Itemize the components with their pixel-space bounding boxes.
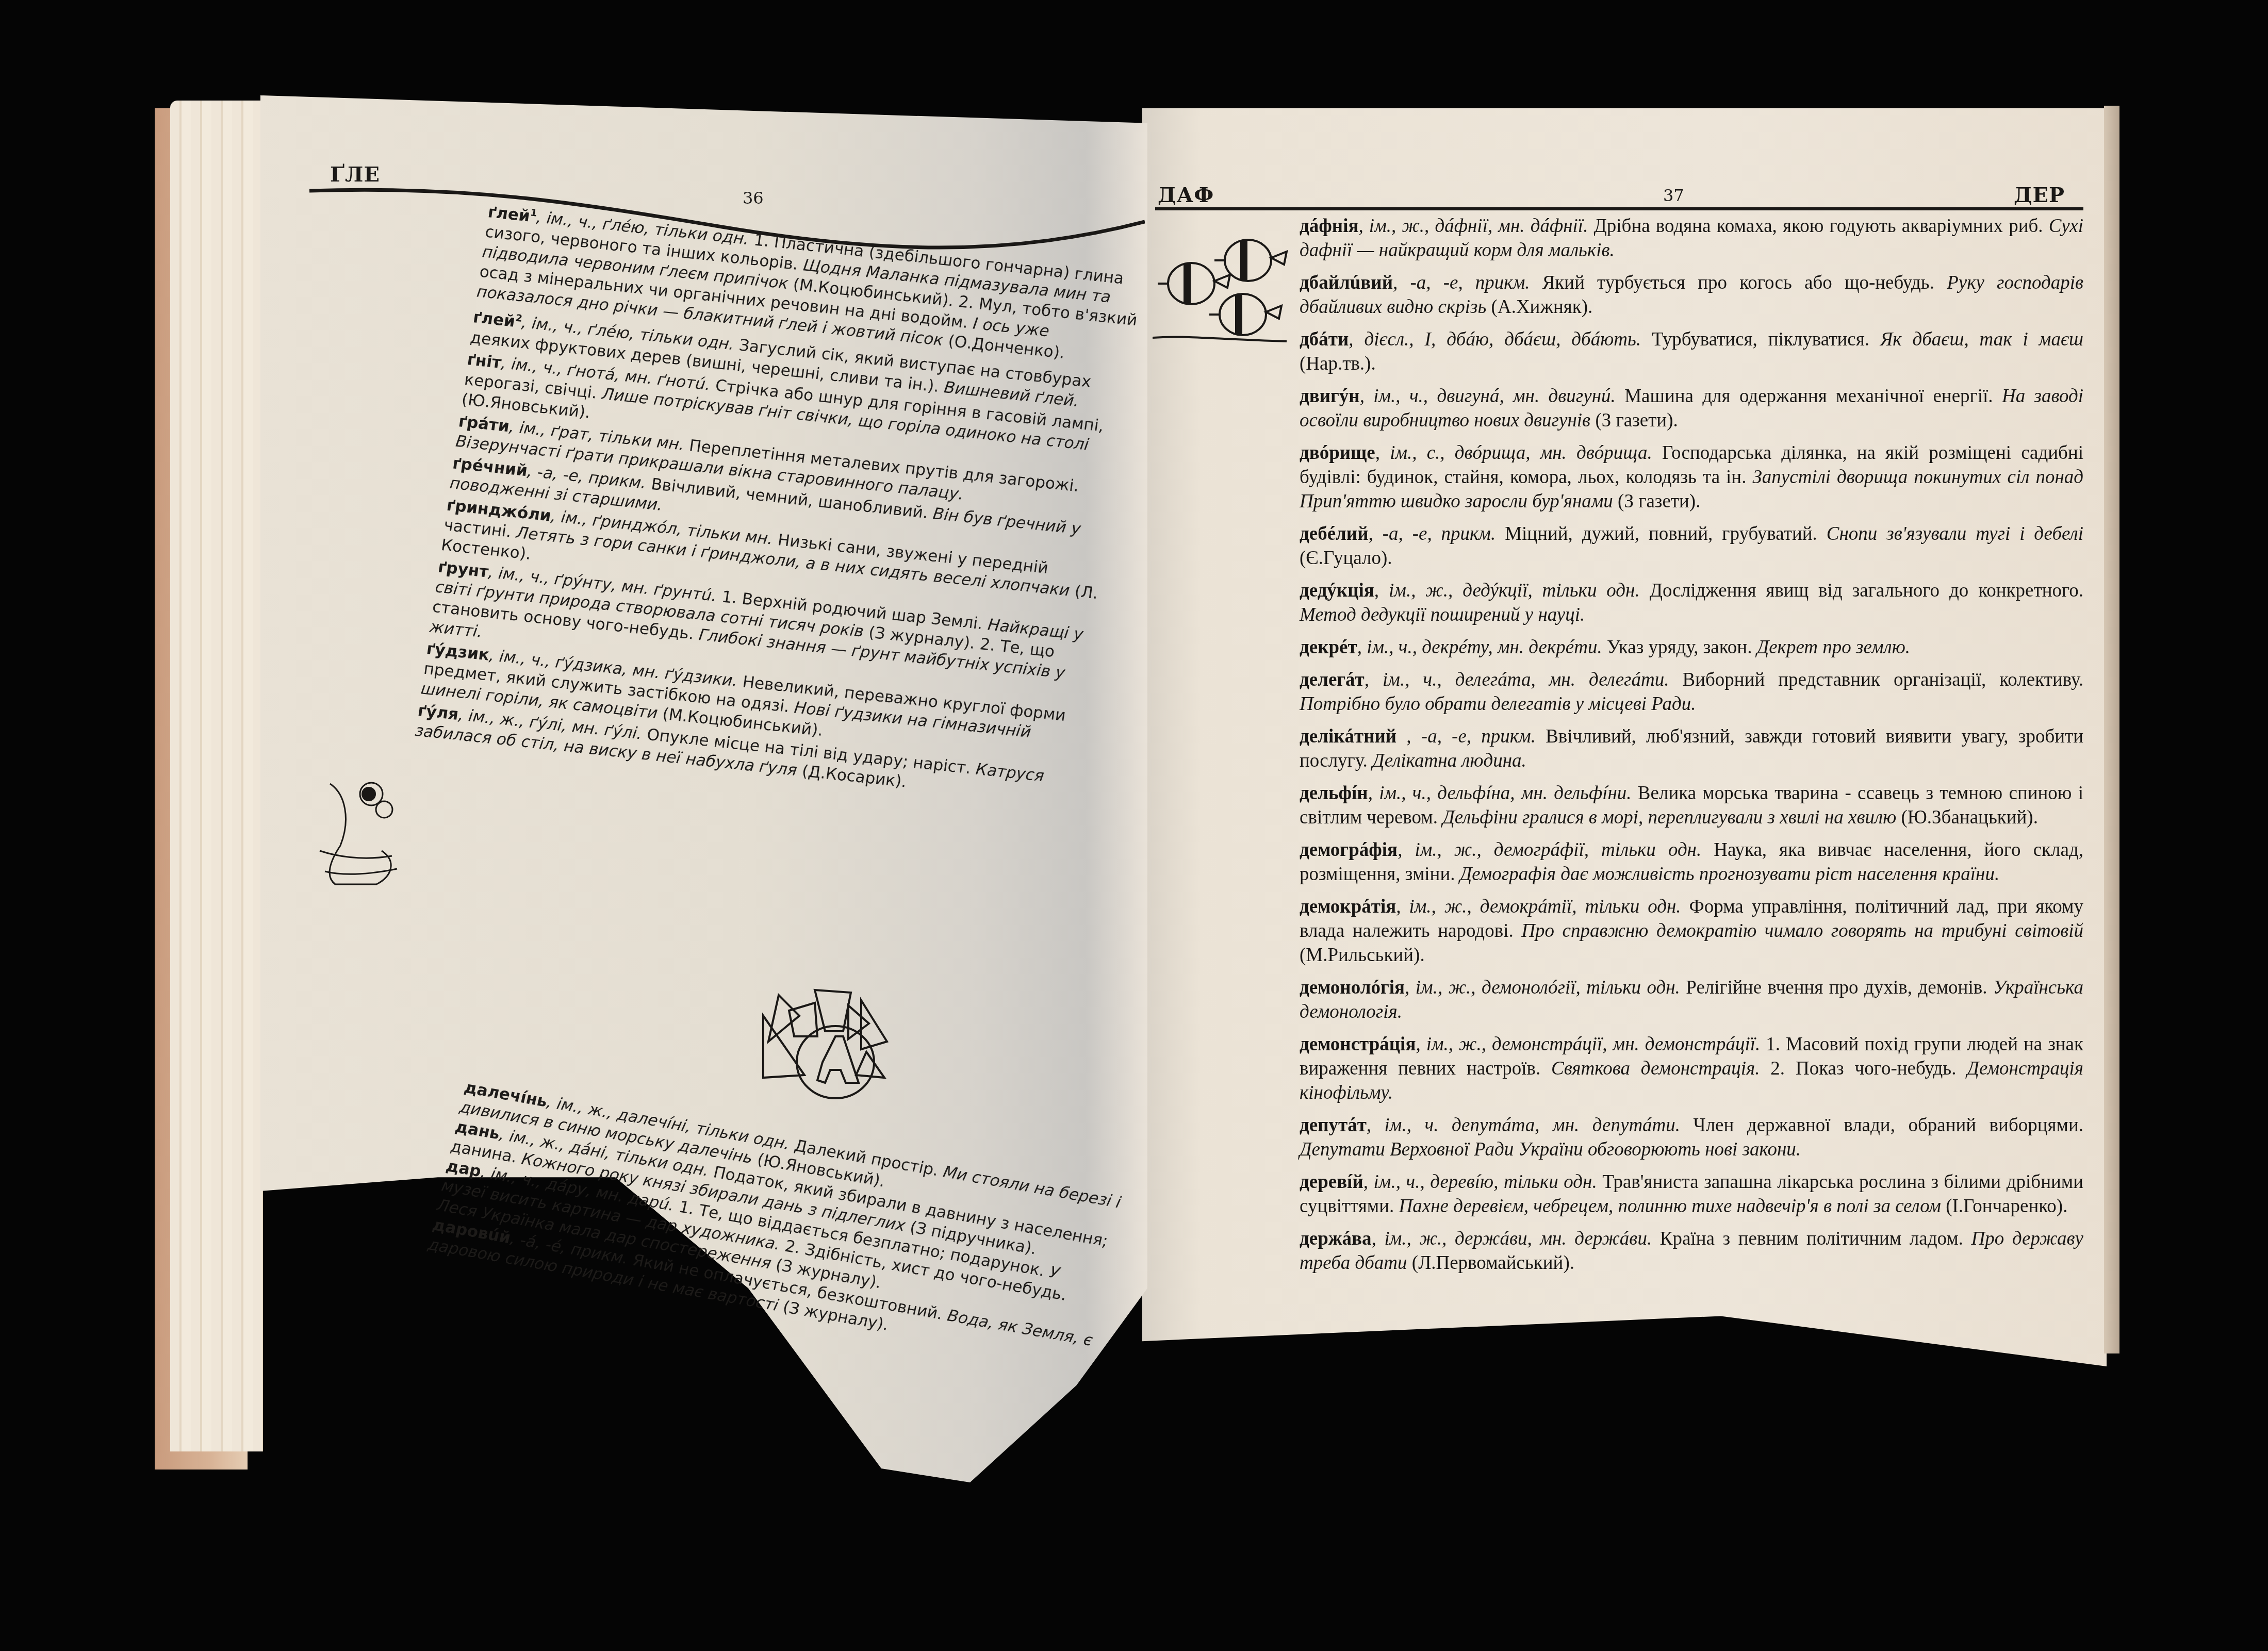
dictionary-entry: декрéт, ім., ч., декрéту, мн. декрéти. У… bbox=[1300, 635, 2083, 659]
aquarium-fish-illustration bbox=[1153, 232, 1297, 356]
dictionary-entry: двóрище, ім., с., двóрища, мн. двóрища. … bbox=[1300, 441, 2083, 514]
example: Пахне деревієм, чебрецем, полинню тихе н… bbox=[1394, 1196, 1941, 1217]
source: (І.Гончаренко). bbox=[1941, 1196, 2068, 1217]
headword: двигýн bbox=[1300, 386, 1360, 407]
grammar-label: , ім., с., двóрища, мн. двóрища. bbox=[1375, 442, 1652, 464]
dictionary-entry: дедýкція, ім., ж., дедýкції, тільки одн.… bbox=[1300, 579, 2083, 627]
headword: дáфнія bbox=[1300, 216, 1358, 237]
headword: делікáтний bbox=[1300, 726, 1396, 747]
letter-D-emblem: Д bbox=[758, 985, 892, 1109]
dictionary-entry: демонолóгія, ім., ж., демонолóгії, тільк… bbox=[1300, 976, 2083, 1024]
grammar-label: , ім., ч., делегáта, мн. делегáти. bbox=[1365, 669, 1669, 690]
source: (Нар.тв.). bbox=[1300, 353, 1376, 374]
dictionary-entry: дбáти, дієсл., I, дбáю, дбáєш, дбáють. Т… bbox=[1300, 327, 2083, 376]
cartoon-character-illustration bbox=[315, 773, 402, 892]
dictionary-entry: депутáт, ім., ч. депутáта, мн. депутáти.… bbox=[1300, 1113, 2083, 1162]
source: (Є.Гуцало). bbox=[1300, 548, 1392, 569]
dictionary-entry: демонстрáція, ім., ж., демонстрáції, мн.… bbox=[1300, 1032, 2083, 1105]
example: Демографія дає можливість прогнозувати р… bbox=[1455, 864, 1999, 885]
grammar-label: , ім., ч., деревíю, тільки одн. bbox=[1363, 1171, 1597, 1193]
grammar-label: , ім., ж., демонолóгії, тільки одн. bbox=[1405, 977, 1680, 998]
grammar-label: , ім., ж., демогрáфії, тільки одн. bbox=[1398, 839, 1701, 861]
dictionary-entry: держáва, ім., ж., держáви, мн. держáви. … bbox=[1300, 1227, 2083, 1275]
example: Потрібно було обрати делегатів у місцеві… bbox=[1300, 694, 1696, 715]
definition: Який турбується про когось або що-небудь… bbox=[1530, 272, 1934, 293]
dictionary-entry: дельфíн, ім., ч., дельфíна, мн. дельфíни… bbox=[1300, 781, 2083, 830]
running-head-left: ДАФ bbox=[1158, 183, 1214, 207]
headword: деревíй bbox=[1300, 1171, 1363, 1193]
grammar-label: , ім., ж., демонстрáції, мн. демонстрáці… bbox=[1416, 1034, 1760, 1055]
definition: Релігійне вчення про духів, демонів. bbox=[1680, 977, 1987, 998]
headword: дбáти bbox=[1300, 329, 1349, 350]
example: Делікатна людина. bbox=[1368, 750, 1526, 771]
definition: 2. Показ чого-небудь. bbox=[1760, 1058, 1956, 1079]
grammar-label: , -а, -е, прикм. bbox=[1368, 523, 1495, 544]
definition: Член державної влади, обраний виборцями. bbox=[1680, 1115, 2083, 1136]
grammar-label: , ім., ж., дáфнії, мн. дáфнії. bbox=[1358, 216, 1588, 237]
dictionary-entry: дебéлий, -а, -е, прикм. Міцний, дужий, п… bbox=[1300, 522, 2083, 570]
source: (Ю.Збанацький). bbox=[1896, 807, 2038, 828]
dictionary-entry: деревíй, ім., ч., деревíю, тільки одн. Т… bbox=[1300, 1170, 2083, 1218]
page-stack bbox=[170, 101, 263, 1451]
dictionary-entry: двигýн, ім., ч., двигунá, мн. двигунú. М… bbox=[1300, 384, 2083, 433]
page-number-right: 37 bbox=[1663, 186, 1684, 205]
running-head-right: ДЕР bbox=[2014, 183, 2065, 207]
dictionary-entry: демогрáфія, ім., ж., демогрáфії, тільки … bbox=[1300, 838, 2083, 886]
dictionary-entry: делегáт, ім., ч., делегáта, мн. делегáти… bbox=[1300, 668, 2083, 716]
dictionary-entry: делікáтний , -а, -е, прикм. Ввічливий, л… bbox=[1300, 724, 2083, 773]
headword: депутáт bbox=[1300, 1115, 1367, 1136]
headword: двóрище bbox=[1300, 442, 1375, 464]
definition: Указ уряду, закон. bbox=[1602, 637, 1752, 658]
grammar-label: , ім., ч., декрéту, мн. декрéти. bbox=[1357, 637, 1602, 658]
definition: Дослідження явищ від загального до конкр… bbox=[1640, 580, 2083, 601]
headword: декрéт bbox=[1300, 637, 1357, 658]
source: (М.Рильський). bbox=[1300, 945, 1425, 966]
example: Як дбаєш, так і маєш bbox=[1869, 329, 2083, 350]
right-page-entries: дáфнія, ім., ж., дáфнії, мн. дáфнії. Дрі… bbox=[1300, 214, 2083, 1283]
headword: дельфíн bbox=[1300, 783, 1368, 804]
headword: ґніт bbox=[466, 350, 503, 372]
headword: дебéлий bbox=[1300, 523, 1368, 544]
grammar-label: , ім., ч. депутáта, мн. депутáти. bbox=[1367, 1115, 1680, 1136]
grammar-label: , -а, -е, прикм. bbox=[1393, 272, 1530, 293]
headword: демонолóгія bbox=[1300, 977, 1405, 998]
headword: демонстрáція bbox=[1300, 1034, 1416, 1055]
example: Метод дедукції поширений у науці. bbox=[1300, 604, 1585, 625]
definition: Машина для одержання механічної енергії. bbox=[1616, 386, 1993, 407]
grammar-label: , ім., ч., дельфíна, мн. дельфíни. bbox=[1368, 783, 1632, 804]
source: (А.Хижняк). bbox=[1486, 296, 1592, 318]
definition: Міцний, дужий, повний, грубуватий. bbox=[1495, 523, 1817, 544]
definition: Дрібна водяна комаха, якою годують аквар… bbox=[1588, 216, 2043, 237]
grammar-label: , ім., ж., демокрáтії, тільки одн. bbox=[1396, 896, 1681, 917]
headword: дбайлúвий bbox=[1300, 272, 1393, 293]
grammar-label: , ім., ж., дедýкції, тільки одн. bbox=[1374, 580, 1640, 601]
definition: Виборний представник організації, колект… bbox=[1669, 669, 2083, 690]
example: Про справжню демократію чимало говорять … bbox=[1514, 920, 2083, 942]
headword: ґлей bbox=[472, 308, 516, 331]
definition: Турбуватися, піклуватися. bbox=[1641, 329, 1869, 350]
example: Депутати Верховної Ради України обговорю… bbox=[1300, 1139, 1801, 1160]
dictionary-entry: дбайлúвий, -а, -е, прикм. Який турбуєтьс… bbox=[1300, 271, 2083, 319]
left-page-entries-upper: ґлей1, ім., ч., ґлéю, тільки одн. 1. Пла… bbox=[414, 199, 1157, 813]
grammar-label: , ім., ч., двигунá, мн. двигунú. bbox=[1360, 386, 1616, 407]
example: Святкова демонстрація. bbox=[1540, 1058, 1760, 1079]
headword: держáва bbox=[1300, 1228, 1372, 1249]
source: (З газети). bbox=[1590, 410, 1678, 431]
source: (Л.Первомайський). bbox=[1407, 1252, 1574, 1274]
headword: ґрунт bbox=[437, 557, 489, 581]
definition: Країна з певним політичним ладом. bbox=[1652, 1228, 1963, 1249]
grammar-label: , -а, -е, прикм. bbox=[1396, 726, 1536, 747]
headword: ґрáти bbox=[457, 412, 511, 436]
example: Дельфіни гралися в морі, переплигували з… bbox=[1438, 807, 1896, 828]
headword: делегáт bbox=[1300, 669, 1365, 690]
headword: дедýкція bbox=[1300, 580, 1374, 601]
headword: ґýля bbox=[417, 701, 460, 724]
headword: демогрáфія bbox=[1300, 839, 1398, 861]
header-rule-right bbox=[1155, 207, 2083, 210]
example: Декрет про землю. bbox=[1752, 637, 1910, 658]
right-page-edge bbox=[2104, 106, 2119, 1353]
source: (З газети). bbox=[1613, 491, 1701, 512]
headword: ґлей bbox=[487, 203, 531, 225]
dictionary-entry: дáфнія, ім., ж., дáфнії, мн. дáфнії. Дрі… bbox=[1300, 214, 2083, 262]
headword: демокрáтія bbox=[1300, 896, 1396, 917]
example: Снопи зв'язували тугі і дебелі bbox=[1817, 523, 2083, 544]
grammar-label: , дієсл., I, дбáю, дбáєш, дбáють. bbox=[1349, 329, 1641, 350]
dictionary-entry: демокрáтія, ім., ж., демокрáтії, тільки … bbox=[1300, 895, 2083, 967]
grammar-label: , ім., ж., держáви, мн. держáви. bbox=[1372, 1228, 1652, 1249]
